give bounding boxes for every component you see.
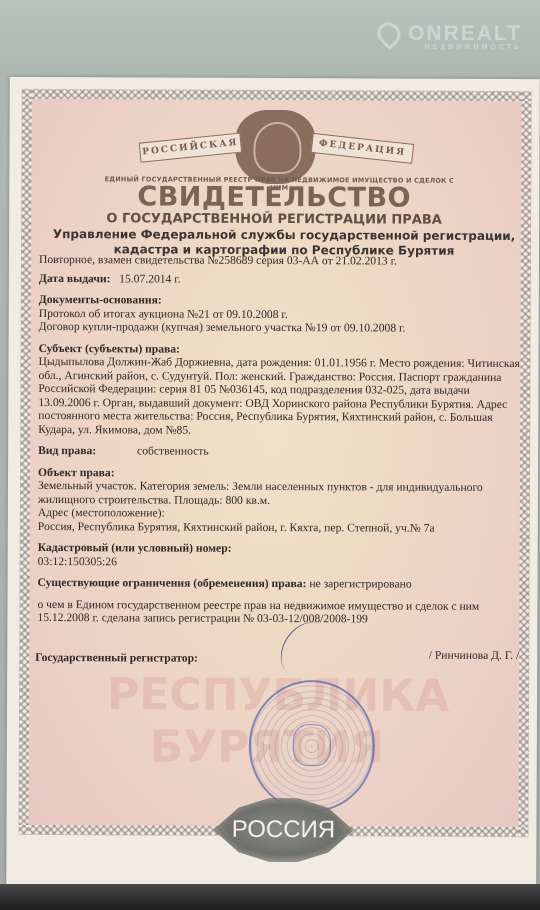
address-value: Россия, Республика Бурятия, Кяхтинский р… xyxy=(38,519,520,535)
cadastral-label: Кадастровый (или условный) номер: xyxy=(38,541,520,557)
right-type-label: Вид права: xyxy=(38,444,96,457)
double-headed-eagle-icon xyxy=(253,122,301,174)
record-text: о чем в Едином государственном реестре п… xyxy=(37,597,519,626)
right-type-value: собственность xyxy=(137,444,209,457)
issue-date-value: 15.07.2014 г. xyxy=(119,272,180,285)
right-type-row: Вид права: собственность xyxy=(38,444,520,460)
encumbrance-value: не зарегистрировано xyxy=(309,577,411,590)
location-pin-icon xyxy=(373,18,406,51)
issue-date-row: Дата выдачи: 15.07.2014 г. xyxy=(39,271,521,287)
watermark: ONREALT НЕДВИЖИМОСТЬ xyxy=(378,22,522,51)
registrar-label: Государственный регистратор: xyxy=(35,650,198,664)
subject-text: Цыдыпылова Должин-Жаб Доржиевна, дата ро… xyxy=(38,355,520,438)
encumbrance-row: Существующие ограничения (обременения) п… xyxy=(38,576,520,592)
certificate-title: СВИДЕТЕЛЬСТВО xyxy=(9,181,539,214)
object-text: Земельный участок. Категория земель: Зем… xyxy=(38,479,520,508)
seal-eagle-icon xyxy=(293,724,331,766)
coat-of-arms-emblem xyxy=(235,110,315,184)
official-seal-stamp xyxy=(249,680,376,813)
cadastral-number: 03:12:150305:26 xyxy=(38,554,520,570)
table-surface xyxy=(0,884,540,910)
registrar-name: / Ринчинова Д. Г. / xyxy=(429,648,520,662)
encumbrance-label: Существующие ограничения (обременения) п… xyxy=(38,576,307,590)
certificate-document: РОССИЙСКАЯ ФЕДЕРАЦИЯ ЕДИНЫЙ ГОСУДАРСТВЕН… xyxy=(6,77,540,887)
docs-label: Документы-основания: xyxy=(39,293,521,309)
issue-date-label: Дата выдачи: xyxy=(39,271,111,284)
watermark-tagline: НЕДВИЖИМОСТЬ xyxy=(378,44,522,51)
reissue-note: Повторное, взамен свидетельства №258689 … xyxy=(39,253,521,269)
certificate-subtitle: О ГОСУДАРСТВЕННОЙ РЕГИСТРАЦИИ ПРАВА xyxy=(9,211,539,228)
address-label: Адрес (местоположение): xyxy=(38,506,520,522)
registrar-signature-row: Государственный регистратор: / Ринчинова… xyxy=(37,646,519,668)
doc-item: Договор купли-продажи (купчая) земельног… xyxy=(39,320,521,336)
watermark-brand: ONREALT xyxy=(408,22,522,45)
certificate-body: Повторное, взамен свидетельства №258689 … xyxy=(37,253,521,669)
